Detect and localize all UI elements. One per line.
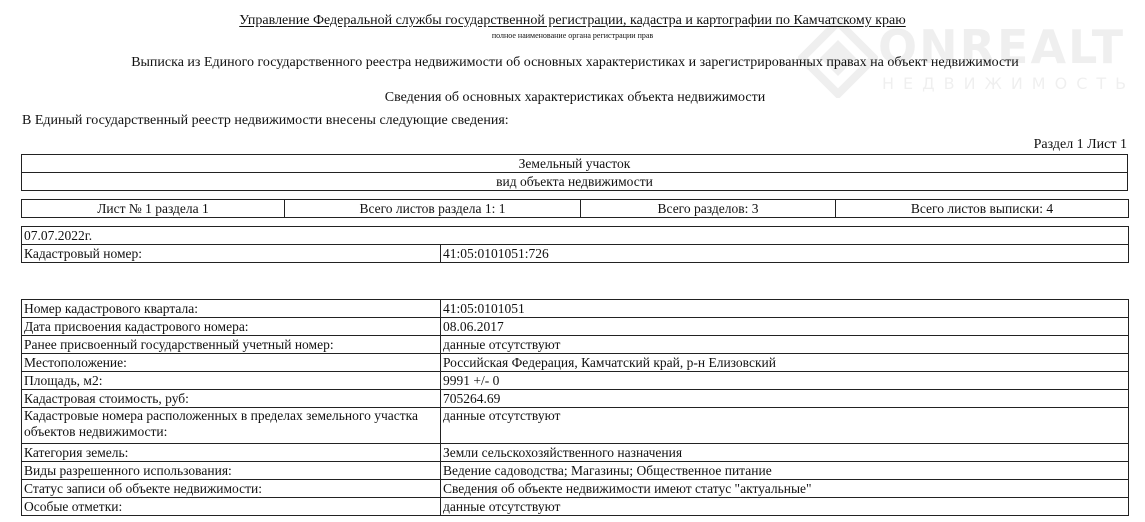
- table-row: Кадастровая стоимость, руб:705264.69: [22, 390, 1129, 408]
- cadastral-number-label: Кадастровый номер:: [22, 245, 441, 263]
- property-label: Площадь, м2:: [22, 372, 441, 390]
- table-row: Дата присвоения кадастрового номера:08.0…: [22, 318, 1129, 336]
- section-sheets-total: Всего листов раздела 1: 1: [285, 200, 581, 218]
- property-value: Сведения об объекте недвижимости имеют с…: [441, 480, 1129, 498]
- cadastral-number-value: 41:05:0101051:726: [441, 245, 1129, 263]
- object-type: Земельный участок: [22, 155, 1128, 173]
- object-type-table: Земельный участок вид объекта недвижимос…: [21, 154, 1128, 191]
- property-value: 705264.69: [441, 390, 1129, 408]
- property-value: данные отсутствуют: [441, 498, 1129, 516]
- table-row: Номер кадастрового квартала:41:05:010105…: [22, 300, 1129, 318]
- intro-text: В Единый государственный реестр недвижим…: [22, 113, 509, 129]
- record-header-table: 07.07.2022г. Кадастровый номер: 41:05:01…: [21, 226, 1129, 263]
- sheet-label: Раздел 1 Лист 1: [1034, 137, 1127, 153]
- record-date: 07.07.2022г.: [22, 227, 1129, 245]
- property-value: 9991 +/- 0: [441, 372, 1129, 390]
- document-title: Выписка из Единого государственного реес…: [0, 55, 1145, 71]
- property-label: Кадастровые номера расположенных в преде…: [22, 408, 441, 444]
- property-label: Виды разрешенного использования:: [22, 462, 441, 480]
- table-row: Площадь, м2:9991 +/- 0: [22, 372, 1129, 390]
- table-row: Ранее присвоенный государственный учетны…: [22, 336, 1129, 354]
- table-row: Местоположение:Российская Федерация, Кам…: [22, 354, 1129, 372]
- property-label: Статус записи об объекте недвижимости:: [22, 480, 441, 498]
- table-row: Категория земель:Земли сельскохозяйствен…: [22, 444, 1129, 462]
- section-title: Сведения об основных характеристиках объ…: [0, 90, 1145, 106]
- property-value: 08.06.2017: [441, 318, 1129, 336]
- table-row: Кадастровые номера расположенных в преде…: [22, 408, 1129, 444]
- property-value: данные отсутствуют: [441, 336, 1129, 354]
- property-value: Земли сельскохозяйственного назначения: [441, 444, 1129, 462]
- property-value: данные отсутствуют: [441, 408, 1129, 444]
- property-value: 41:05:0101051: [441, 300, 1129, 318]
- extract-sheets-total: Всего листов выписки: 4: [836, 200, 1129, 218]
- properties-table: Номер кадастрового квартала:41:05:010105…: [21, 299, 1129, 516]
- property-label: Особые отметки:: [22, 498, 441, 516]
- organization-name: Управление Федеральной службы государств…: [0, 13, 1145, 29]
- property-value: Ведение садоводства; Магазины; Обществен…: [441, 462, 1129, 480]
- organization-caption: полное наименование органа регистрации п…: [0, 31, 1145, 40]
- object-type-caption: вид объекта недвижимости: [22, 173, 1128, 191]
- property-label: Дата присвоения кадастрового номера:: [22, 318, 441, 336]
- property-label: Номер кадастрового квартала:: [22, 300, 441, 318]
- sheet-number: Лист № 1 раздела 1: [22, 200, 285, 218]
- table-row: Статус записи об объекте недвижимости:Св…: [22, 480, 1129, 498]
- property-value: Российская Федерация, Камчатский край, р…: [441, 354, 1129, 372]
- table-row: Виды разрешенного использования:Ведение …: [22, 462, 1129, 480]
- table-row: Особые отметки:данные отсутствуют: [22, 498, 1129, 516]
- property-label: Кадастровая стоимость, руб:: [22, 390, 441, 408]
- property-label: Местоположение:: [22, 354, 441, 372]
- sheets-table: Лист № 1 раздела 1 Всего листов раздела …: [21, 199, 1129, 218]
- sections-total: Всего разделов: 3: [581, 200, 836, 218]
- organization-name-text: Управление Федеральной службы государств…: [239, 13, 905, 28]
- property-label: Ранее присвоенный государственный учетны…: [22, 336, 441, 354]
- property-label: Категория земель:: [22, 444, 441, 462]
